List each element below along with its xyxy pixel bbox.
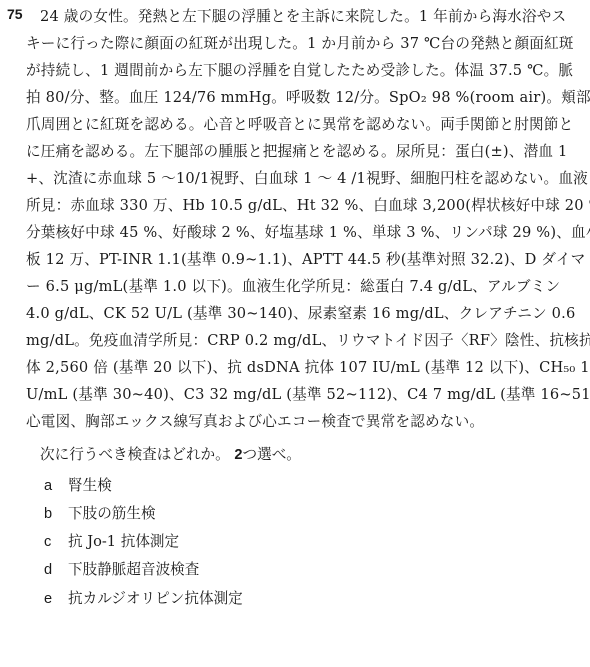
prompt-text: 次に行うべき検査はどれか。 xyxy=(40,446,230,463)
stem-line: 心電図、胸部エックス線写真および心エコー検査で異常を認めない。 xyxy=(26,412,484,432)
choice-letter: a xyxy=(44,478,68,494)
stem-line: 所見：赤血球 330 万、Hb 10.5 g/dL、Ht 32 %、白血球 3,… xyxy=(26,196,590,216)
choice-e[interactable]: e抗カルジオリピン抗体測定 xyxy=(44,587,243,608)
choice-a[interactable]: a腎生検 xyxy=(44,474,112,495)
stem-line: が持続し、1 週間前から左下腿の浮腫を自覚したため受診した。体温 37.5 ℃。… xyxy=(26,61,573,81)
choice-c[interactable]: c抗 Jo-1 抗体測定 xyxy=(44,530,179,551)
prompt-text-suffix: つ選べ。 xyxy=(243,446,301,463)
stem-line: 体 2,560 倍 (基準 20 以下)、抗 dsDNA 抗体 107 IU/m… xyxy=(26,358,590,378)
choice-d[interactable]: d下肢静脈超音波検査 xyxy=(44,558,199,579)
select-count: 2 xyxy=(234,447,242,463)
choice-b[interactable]: b下肢の筋生検 xyxy=(44,502,156,523)
stem-line: 4.0 g/dL、CK 52 U/L (基準 30~140)、尿素窒素 16 m… xyxy=(26,304,575,324)
stem-line: 爪周囲とに紅斑を認める。心音と呼吸音とに異常を認めない。両手関節と肘関節と xyxy=(26,115,573,135)
stem-line: に圧痛を認める。左下腿部の腫脹と把握痛とを認める。尿所見：蛋白(±)、潜血 1 xyxy=(26,142,568,162)
choice-letter: e xyxy=(44,591,68,607)
choice-text: 腎生検 xyxy=(68,474,112,495)
question-prompt: 次に行うべき検査はどれか。 2つ選べ。 xyxy=(40,443,301,464)
choice-text: 抗カルジオリピン抗体測定 xyxy=(68,587,243,608)
stem-line: mg/dL。免疫血清学所見：CRP 0.2 mg/dL、リウマトイド因子〈RF〉… xyxy=(26,331,590,351)
stem-line: U/mL (基準 30~40)、C3 32 mg/dL (基準 52~112)、… xyxy=(26,385,590,405)
choice-text: 下肢の筋生検 xyxy=(68,502,156,523)
stem-line: キーに行った際に顔面の紅斑が出現した。1 か月前から 37 ℃台の発熱と顔面紅斑 xyxy=(26,34,574,54)
question-number: 75 xyxy=(7,6,23,22)
stem-line: 24 歳の女性。発熱と左下腿の浮腫とを主訴に来院した。1 年前から海水浴やス xyxy=(40,7,566,27)
stem-line: 拍 80/分、整。血圧 124/76 mmHg。呼吸数 12/分。SpO₂ 98… xyxy=(26,88,590,108)
choice-text: 下肢静脈超音波検査 xyxy=(68,558,199,579)
stem-line: +、沈渣に赤血球 5 ～10/1視野、白血球 1 ～ 4 /1視野、細胞円柱を認… xyxy=(26,169,588,189)
stem-line: ー 6.5 μg/mL(基準 1.0 以下)。血液生化学所見：総蛋白 7.4 g… xyxy=(26,277,560,297)
choice-letter: c xyxy=(44,534,68,550)
choice-text: 抗 Jo-1 抗体測定 xyxy=(68,530,179,551)
choice-letter: d xyxy=(44,562,68,578)
choice-letter: b xyxy=(44,506,68,522)
stem-line: 板 12 万、PT-INR 1.1(基準 0.9~1.1)、APTT 44.5 … xyxy=(26,250,585,270)
stem-line: 分葉核好中球 45 %、好酸球 2 %、好塩基球 1 %、単球 3 %、リンパ球… xyxy=(26,223,590,243)
